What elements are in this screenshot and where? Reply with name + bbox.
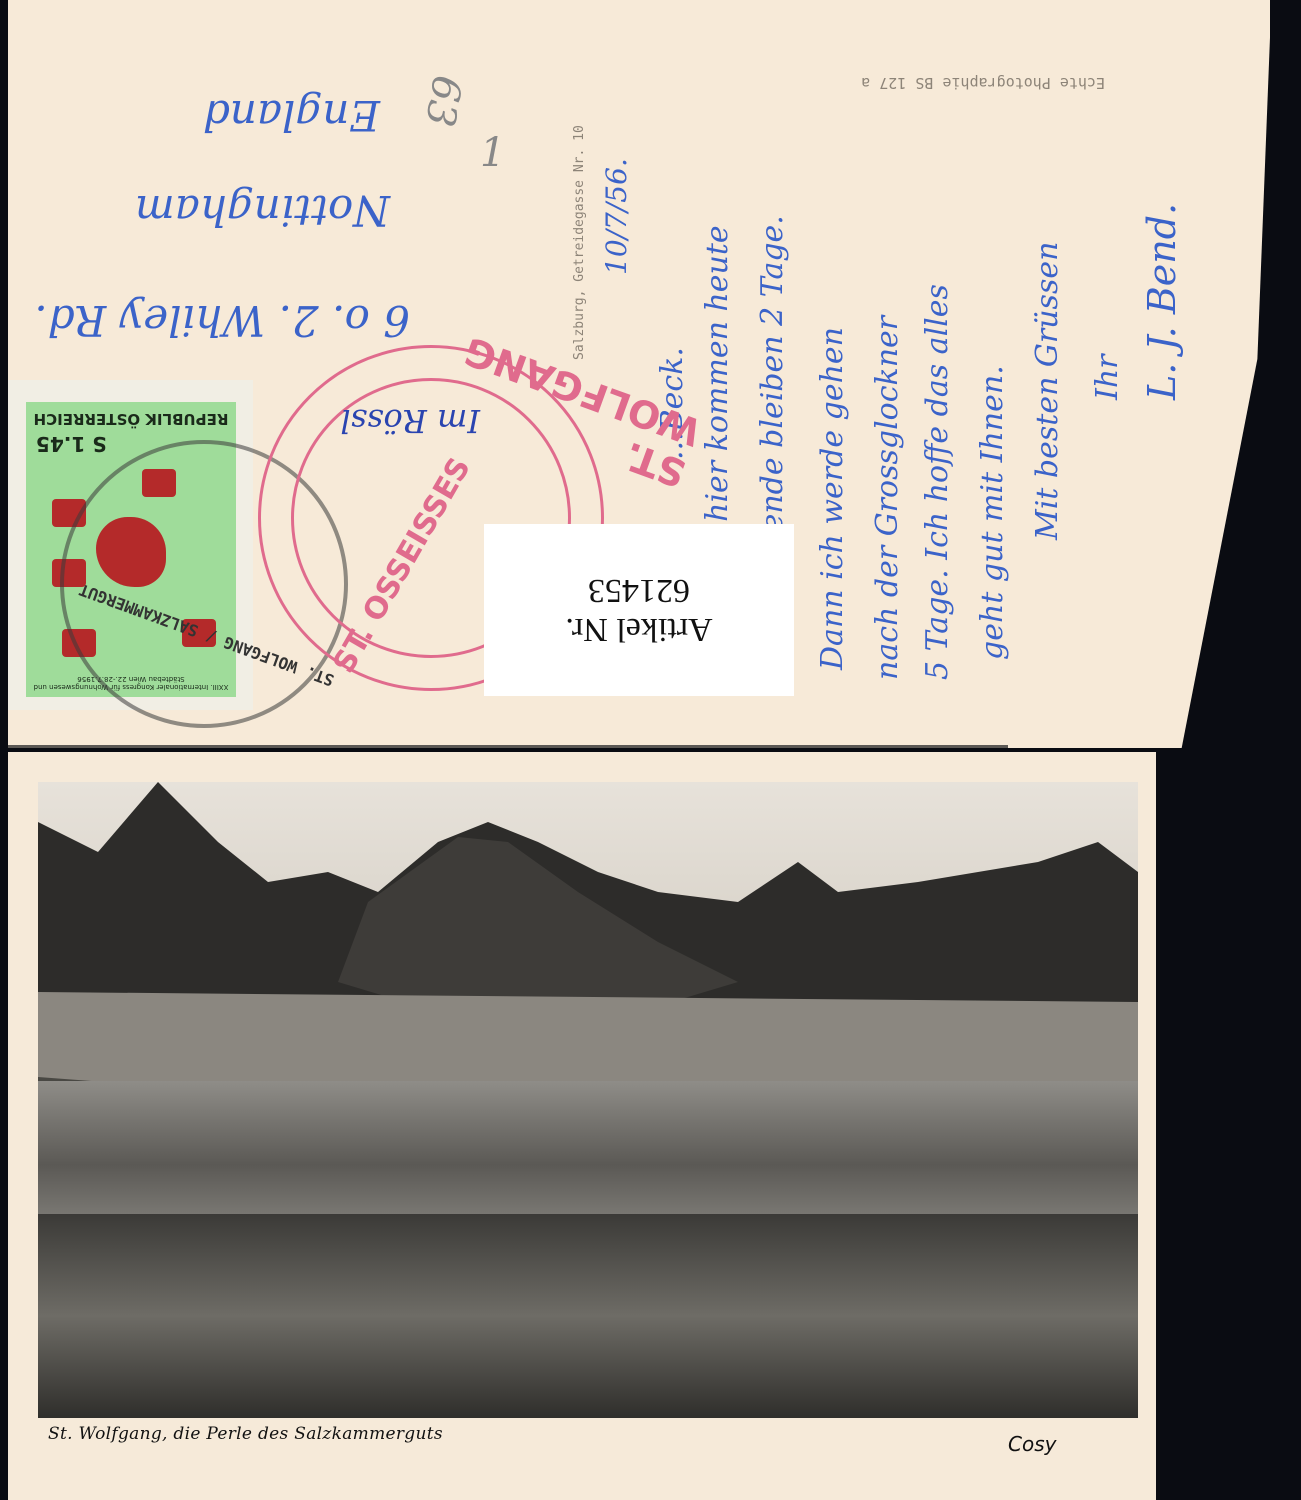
article-label: Artikel Nr. 621453	[484, 524, 794, 696]
pencil-mark-2: 1	[480, 130, 505, 176]
printed-header: Echte Photographie BS 127 a	[861, 74, 1105, 92]
message-line: Ihr	[1090, 354, 1125, 400]
signature: L. J. Bend.	[1140, 203, 1184, 400]
card-edge	[8, 745, 1008, 748]
message-line: ... hier kommen heute	[700, 225, 735, 560]
lake	[38, 1081, 1138, 1221]
article-number: 621453	[588, 571, 690, 610]
article-label-title: Artikel Nr.	[565, 610, 712, 649]
date-handwritten: 10/7/56.	[600, 158, 633, 275]
message-line: 5 Tage. Ich hoffe das alles	[920, 284, 955, 680]
address-line-3: 6 o. 2. Whiley Rd.	[34, 296, 410, 345]
stamp-value: S 1.45	[36, 432, 107, 456]
postcard-caption: St. Wolfgang, die Perle des Salzkammergu…	[48, 1424, 443, 1444]
pencil-mark-1: 63	[416, 72, 470, 130]
publisher-vertical: Salzburg, Getreidegasse Nr. 10	[572, 125, 587, 360]
message-line: geht gut mit Ihnen.	[975, 365, 1010, 660]
message-line: Dann ich werde gehen	[815, 327, 850, 670]
message-line: Mit besten Grüssen	[1030, 242, 1065, 540]
town-shore	[38, 1214, 1138, 1418]
stamp-country: REPUBLIK ÖSTERREICH	[26, 410, 236, 428]
message-line: nach der Grossglockner	[870, 316, 905, 680]
landscape-photo	[38, 782, 1138, 1418]
address-line-2: Nottingham	[135, 186, 390, 235]
address-line-1: England	[203, 91, 380, 140]
publisher-logo-icon: Cosy	[1008, 1432, 1056, 1456]
postcard-front: St. Wolfgang, die Perle des Salzkammergu…	[8, 752, 1156, 1500]
red-stamp-signature: Im Rössl	[340, 402, 480, 440]
message-line: ...ende bleiben 2 Tage.	[755, 215, 790, 560]
